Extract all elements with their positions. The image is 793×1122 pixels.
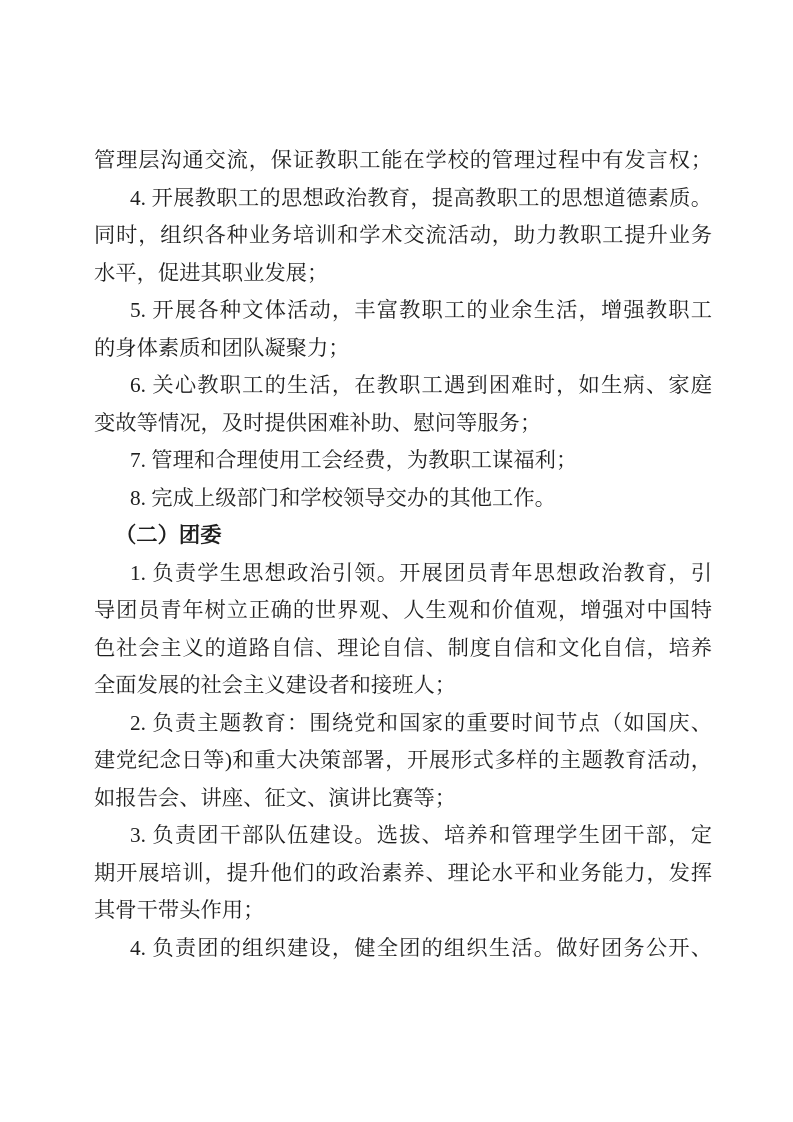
- text-line: 管理层沟通交流，保证教职工能在学校的管理过程中有发言权；: [94, 142, 712, 180]
- text-line: 4. 开展教职工的思想政治教育，提高教职工的思想道德素质。: [94, 180, 712, 218]
- text-line: 期开展培训，提升他们的政治素养、理论水平和业务能力，发挥: [94, 855, 712, 893]
- text-line: 2. 负责主题教育：围绕党和国家的重要时间节点（如国庆、: [94, 705, 712, 743]
- paragraph: 8. 完成上级部门和学校领导交办的其他工作。: [94, 480, 712, 518]
- paragraph: 4. 开展教职工的思想政治教育，提高教职工的思想道德素质。同时，组织各种业务培训…: [94, 180, 712, 293]
- paragraph: 5. 开展各种文体活动，丰富教职工的业余生活，增强教职工的身体素质和团队凝聚力；: [94, 292, 712, 367]
- paragraph: 2. 负责主题教育：围绕党和国家的重要时间节点（如国庆、建党纪念日等)和重大决策…: [94, 705, 712, 818]
- paragraph: 1. 负责学生思想政治引领。开展团员青年思想政治教育，引导团员青年树立正确的世界…: [94, 555, 712, 705]
- paragraph: 3. 负责团干部队伍建设。选拔、培养和管理学生团干部，定期开展培训，提升他们的政…: [94, 817, 712, 930]
- text-line: 6. 关心教职工的生活，在教职工遇到困难时，如生病、家庭: [94, 367, 712, 405]
- text-line: 建党纪念日等)和重大决策部署，开展形式多样的主题教育活动，: [94, 742, 712, 780]
- paragraph: 7. 管理和合理使用工会经费，为教职工谋福利；: [94, 442, 712, 480]
- paragraph: 管理层沟通交流，保证教职工能在学校的管理过程中有发言权；: [94, 142, 712, 180]
- document-body: 管理层沟通交流，保证教职工能在学校的管理过程中有发言权；4. 开展教职工的思想政…: [94, 142, 712, 967]
- text-line: 1. 负责学生思想政治引领。开展团员青年思想政治教育，引: [94, 555, 712, 593]
- text-line: 导团员青年树立正确的世界观、人生观和价值观，增强对中国特: [94, 592, 712, 630]
- text-line: 色社会主义的道路自信、理论自信、制度自信和文化自信，培养: [94, 630, 712, 668]
- text-line: 如报告会、讲座、征文、演讲比赛等；: [94, 780, 712, 818]
- section-heading: （二）团委: [94, 517, 712, 555]
- text-line: 全面发展的社会主义建设者和接班人；: [94, 667, 712, 705]
- paragraph: 6. 关心教职工的生活，在教职工遇到困难时，如生病、家庭变故等情况，及时提供困难…: [94, 367, 712, 442]
- paragraph: 4. 负责团的组织建设，健全团的组织生活。做好团务公开、: [94, 930, 712, 968]
- section-heading-text: （二）团委: [94, 517, 712, 555]
- text-line: 的身体素质和团队凝聚力；: [94, 330, 712, 368]
- document-page: 管理层沟通交流，保证教职工能在学校的管理过程中有发言权；4. 开展教职工的思想政…: [0, 0, 793, 1122]
- text-line: 5. 开展各种文体活动，丰富教职工的业余生活，增强教职工: [94, 292, 712, 330]
- text-line: 3. 负责团干部队伍建设。选拔、培养和管理学生团干部，定: [94, 817, 712, 855]
- text-line: 其骨干带头作用；: [94, 892, 712, 930]
- text-line: 水平，促进其职业发展；: [94, 255, 712, 293]
- text-line: 变故等情况，及时提供困难补助、慰问等服务；: [94, 405, 712, 443]
- text-line: 8. 完成上级部门和学校领导交办的其他工作。: [94, 480, 712, 518]
- text-line: 4. 负责团的组织建设，健全团的组织生活。做好团务公开、: [94, 930, 712, 968]
- text-line: 同时，组织各种业务培训和学术交流活动，助力教职工提升业务: [94, 217, 712, 255]
- text-line: 7. 管理和合理使用工会经费，为教职工谋福利；: [94, 442, 712, 480]
